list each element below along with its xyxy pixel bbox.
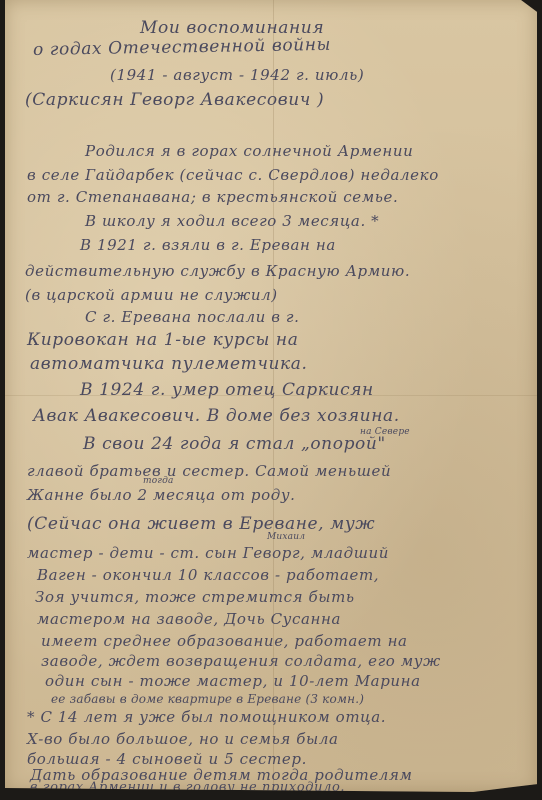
title-line-2: о годах Отечественной войны bbox=[33, 35, 331, 60]
text-line: (в царской армии не служил) bbox=[25, 286, 278, 304]
insertion-note: тогда bbox=[143, 476, 174, 486]
text-line: заводе, ждет возвращения солдата, его му… bbox=[41, 652, 441, 670]
text-line: Ваген - окончил 10 классов - работает, bbox=[37, 566, 379, 584]
text-line: Х-во было большое, но и семья была bbox=[27, 730, 339, 748]
text-line: Родился я в горах солнечной Армении bbox=[85, 142, 413, 160]
text-line: Кировокан на 1-ые курсы на bbox=[27, 330, 298, 350]
text-line: в селе Гайдарбек (сейчас с. Свердлов) не… bbox=[27, 166, 439, 184]
text-line: Жанне было 2 месяца от роду. bbox=[27, 486, 296, 504]
text-line: В свои 24 года я стал „опорой" bbox=[83, 434, 386, 454]
text-line: С г. Еревана послали в г. bbox=[85, 308, 299, 326]
text-line: В 1924 г. умер отец Саркисян bbox=[80, 380, 374, 400]
title-line-3: (1941 - август - 1942 г. июль) bbox=[110, 66, 364, 84]
text-line: мастер - дети - ст. сын Геворг, младший bbox=[27, 544, 389, 562]
text-line: мастером на заводе, Дочь Сусанна bbox=[37, 610, 341, 628]
text-line: В школу я ходил всего 3 месяца. * bbox=[85, 212, 379, 230]
document-page: Мои воспоминания о годах Отечественной в… bbox=[5, 0, 537, 792]
text-line: от г. Степанавана; в крестьянской семье. bbox=[27, 188, 398, 206]
text-line: автоматчика пулеметчика. bbox=[30, 354, 308, 374]
text-line: В 1921 г. взяли в г. Ереван на bbox=[80, 236, 336, 254]
text-line: ее забавы в доме квартире в Ереване (3 к… bbox=[51, 692, 364, 706]
text-line: Авак Авакесович. В доме без хозяина. bbox=[33, 406, 400, 426]
text-line: один сын - тоже мастер, и 10-лет Марина bbox=[45, 672, 421, 690]
text-line: главой братьев и сестер. Самой меньшей bbox=[27, 462, 391, 480]
insertion-note: Михаил bbox=[267, 532, 305, 542]
text-line: Зоя учится, тоже стремится быть bbox=[35, 588, 355, 606]
text-line: * С 14 лет я уже был помощником отца. bbox=[27, 708, 386, 726]
text-line: (Сейчас она живет в Ереване, муж bbox=[27, 514, 375, 534]
author-name: (Саркисян Геворг Авакесович ) bbox=[25, 90, 324, 110]
text-line: действительную службу в Красную Армию. bbox=[25, 262, 410, 280]
text-line: имеет среднее образование, работает на bbox=[41, 632, 408, 650]
text-line: в горах Армении и в голову не приходило. bbox=[30, 780, 345, 795]
